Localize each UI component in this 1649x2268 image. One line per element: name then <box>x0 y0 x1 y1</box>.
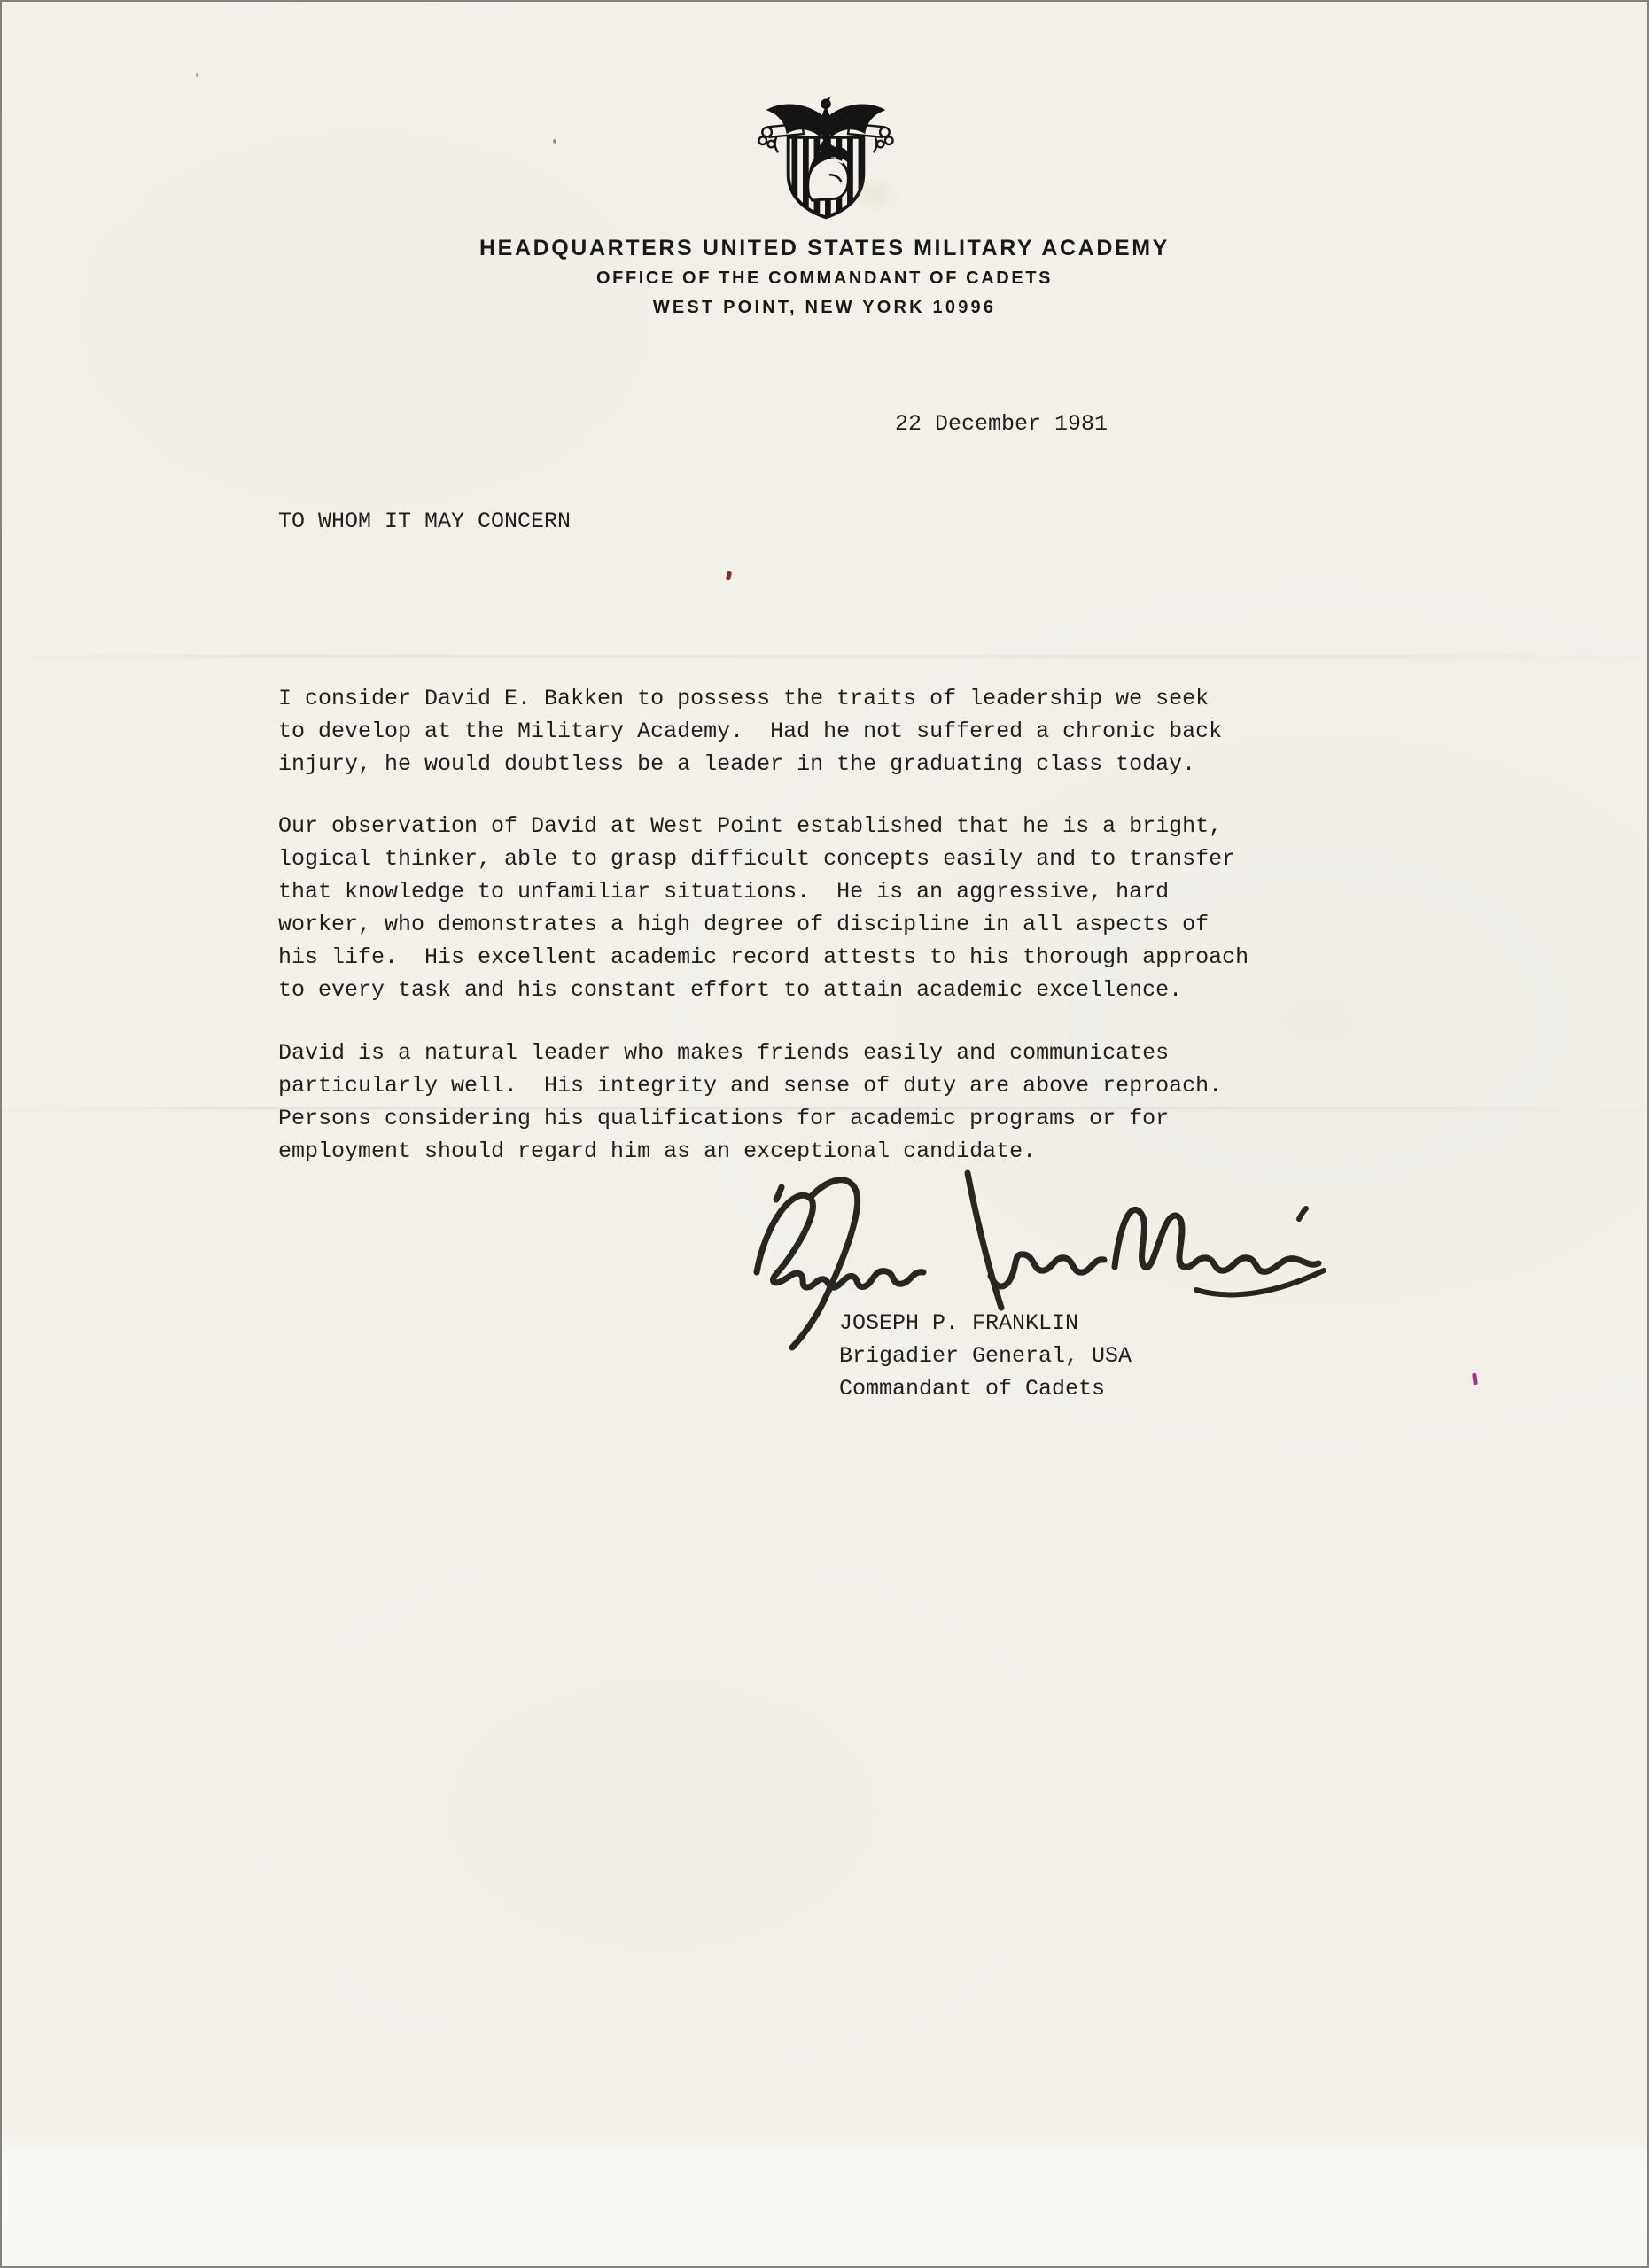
signer-rank: Brigadier General, USA <box>839 1340 1132 1372</box>
letterhead-line2: OFFICE OF THE COMMANDANT OF CADETS <box>2 268 1647 289</box>
paper-fold-crease <box>2 1107 1647 1109</box>
date-line: 22 December 1981 <box>895 408 1108 440</box>
ink-speck <box>1472 1373 1478 1386</box>
body-paragraph-3: David is a natural leader who makes frie… <box>278 1037 1288 1168</box>
signer-title: Commandant of Cadets <box>839 1372 1105 1405</box>
body-paragraph-2: Our observation of David at West Point e… <box>278 810 1288 1006</box>
ink-speck <box>726 571 732 581</box>
scanned-letter-page: HEADQUARTERS UNITED STATES MILITARY ACAD… <box>0 0 1649 2268</box>
ink-speck <box>196 73 198 77</box>
signer-name: JOSEPH P. FRANKLIN <box>839 1307 1078 1340</box>
salutation: TO WHOM IT MAY CONCERN <box>278 505 571 538</box>
letterhead-line3: WEST POINT, NEW YORK 10996 <box>2 298 1647 318</box>
body-paragraph-1: I consider David E. Bakken to possess th… <box>278 682 1288 781</box>
scan-bottom-strip <box>2 2133 1647 2268</box>
letterhead-line1: HEADQUARTERS UNITED STATES MILITARY ACAD… <box>2 236 1647 261</box>
paper-stain <box>848 175 901 214</box>
paper-fold-crease <box>2 655 1647 657</box>
ink-speck <box>553 139 556 144</box>
